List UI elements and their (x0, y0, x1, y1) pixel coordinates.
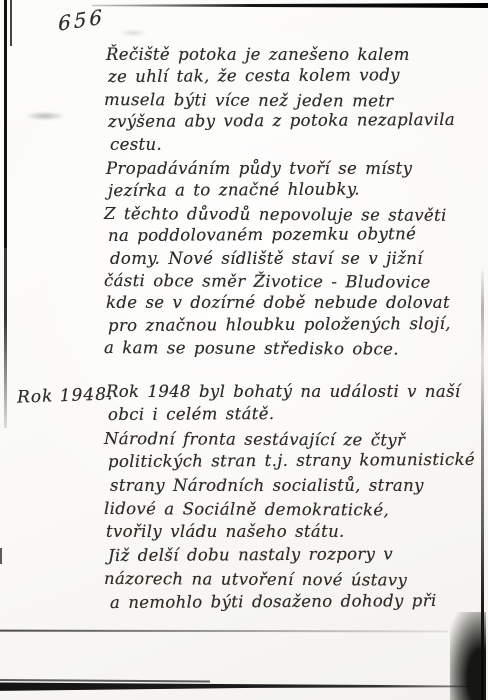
manuscript-line: Rok 1948 byl bohatý na události v naší (106, 380, 475, 403)
manuscript-line: a kam se posune středisko obce. (104, 337, 451, 361)
manuscript-line: obci i celém státě. (108, 401, 475, 427)
scan-artifact-corner-blob (450, 612, 486, 700)
manuscript-line: ze uhlí tak, že cesta kolem vody (108, 64, 455, 89)
scan-artifact-lower-thin-line (0, 630, 448, 633)
margin-note-rok-1948: Rok 1948. (17, 384, 114, 407)
manuscript-line: části obce směr Životice - Bludovice (104, 270, 451, 294)
scanned-manuscript-page: 656 Řečiště potoka je zanešeno kalem ze … (0, 0, 488, 700)
manuscript-line: zvýšena aby voda z potoka nezaplavila (108, 109, 455, 134)
scan-artifact-left-dash (0, 548, 2, 564)
scan-artifact-smudge (120, 30, 146, 36)
manuscript-line: a nemohlo býti dosaženo dohody při (110, 588, 475, 614)
paragraph-river-silting: Řečiště potoka je zanešeno kalem ze uhlí… (106, 44, 455, 156)
manuscript-line: lidové a Sociálně demokratické, (104, 497, 475, 522)
manuscript-line: pro značnou hloubku položených slojí, (108, 313, 451, 337)
manuscript-line: jezírka a to značné hloubky. (108, 178, 451, 202)
manuscript-line: na poddolovaném pozemku obytné (108, 223, 451, 247)
scan-artifact-bottom-thin-line (0, 679, 210, 682)
manuscript-line: kde se v dozírné době nebude dolovat (106, 292, 451, 314)
page-number: 656 (58, 4, 105, 36)
manuscript-line: Propadáváním půdy tvoří se místy (106, 158, 451, 180)
scan-artifact-left-inner-line (10, 0, 12, 46)
scan-artifact-right-edge-line (481, 265, 484, 700)
scan-artifact-top-edge-line (92, 3, 488, 8)
paragraph-ground-subsidence: Propadáváním půdy tvoří se místy jezírka… (106, 158, 451, 360)
manuscript-line: Řečiště potoka je zanešeno kalem (106, 44, 455, 66)
manuscript-line: politických stran t.j. strany komunistic… (108, 448, 475, 474)
scan-artifact-smudge (26, 112, 64, 120)
scan-artifact-bottom-edge-line (0, 682, 470, 691)
scan-artifact-left-edge-line (4, 0, 7, 428)
manuscript-line: Již delší dobu nastaly rozpory v (108, 541, 475, 567)
manuscript-line: domy. Nové sídliště staví se v jižní (110, 248, 451, 270)
paragraph-year-1948: Rok 1948 byl bohatý na události v naší o… (106, 380, 475, 614)
manuscript-line: tvořily vládu našeho státu. (106, 520, 475, 543)
manuscript-line: strany Národních socialistů, strany (110, 474, 475, 497)
manuscript-line: cestu. (110, 134, 455, 156)
